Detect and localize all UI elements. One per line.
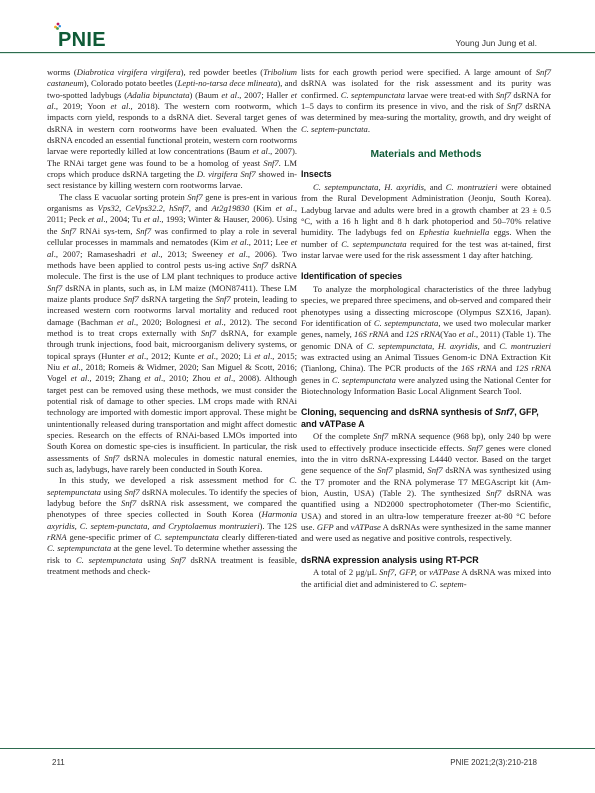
italic-term: C. septempunctata (76, 555, 143, 565)
italic-term: Snf7 (536, 67, 551, 77)
italic-term: Snf7 (121, 498, 136, 508)
italic-term: C. septempunctata (341, 239, 406, 249)
italic-term: Snf7 (136, 226, 151, 236)
italic-term: C. septempunctata (332, 375, 396, 385)
italic-term: et al (117, 317, 134, 327)
paragraph: worms (Diabrotica virgifera virgifera), … (47, 67, 297, 192)
italic-term: Snf7 (467, 443, 482, 453)
italic-term: et al (198, 351, 214, 361)
italic-term: C. septempunctata (154, 532, 219, 542)
italic-term: Snf7 (253, 260, 268, 270)
italic-term: et al (253, 146, 268, 156)
italic-term: Snf7 (187, 192, 202, 202)
italic-term: vATPase (429, 567, 459, 577)
left-column: worms (Diabrotica virgifera virgifera), … (47, 67, 297, 577)
italic-term: et al (88, 214, 103, 224)
italic-term: C. septempunctata (374, 318, 438, 328)
header-rule-shadow (0, 53, 595, 54)
italic-term: Lepti-no-tarsa dece mlineata (178, 78, 278, 88)
italic-term: Snf7 (104, 453, 119, 463)
italic-term: Snf7 (201, 328, 216, 338)
italic-term: Snf7 (507, 101, 522, 111)
italic-term: 16S rRNA (354, 329, 389, 339)
subsection-heading: Cloning, sequencing and dsRNA synthesis … (301, 407, 551, 430)
italic-term: Snf7 (215, 294, 230, 304)
footer-rule (0, 748, 595, 749)
italic-term: et al (276, 203, 293, 213)
italic-term: C. septempunctata (47, 543, 111, 553)
running-head: Young Jun Jung et al. (456, 38, 537, 48)
italic-term: et al (221, 90, 237, 100)
italic-term: C. septem-punctata (301, 124, 368, 134)
italic-term: Snf7 (427, 465, 442, 475)
paragraph: lists for each growth period were specif… (301, 67, 551, 135)
page-number: 211 (52, 758, 65, 767)
paragraph: Of the complete Snf7 mRNA sequence (968 … (301, 431, 551, 544)
italic-term: Adalia bipunctata (127, 90, 189, 100)
italic-term: et al (71, 373, 88, 383)
italic-term: 16S rRNA (461, 363, 497, 373)
italic-term: et al (144, 373, 161, 383)
italic-term: et al (63, 362, 79, 372)
italic-term: Snf7 (47, 283, 62, 293)
italic-term: D. virgifera Snf7 (197, 169, 256, 179)
italic-term: C. septempunctata (47, 475, 297, 496)
italic-term: At2g19830 (212, 203, 250, 213)
italic-term: Snf7 (496, 90, 511, 100)
subsection-heading: dsRNA expression analysis using RT-PCR (301, 555, 551, 567)
italic-term: rRNA (47, 532, 67, 542)
paragraph: The class E vacuolar sorting protein Snf… (47, 192, 297, 476)
paragraph: In this study, we developed a risk asses… (47, 475, 297, 577)
italic-term: Snf7 (263, 158, 278, 168)
italic-term: GFP (317, 522, 334, 532)
page-header: PNIE Young Jun Jung et al. (0, 0, 595, 55)
italic-term: vATPase (351, 522, 381, 532)
italic-term: et al (128, 351, 144, 361)
italic-term: et al (205, 317, 222, 327)
italic-term: C. septempunctata (341, 90, 405, 100)
italic-term: et al (214, 373, 231, 383)
italic-term: Snf7 (486, 488, 501, 498)
italic-term: et al (231, 237, 246, 247)
italic-term: C. montruzieri (446, 182, 498, 192)
italic-term: 12S rRNA (406, 329, 441, 339)
italic-term: 12S rRNA (515, 363, 551, 373)
right-column: lists for each growth period were specif… (301, 67, 551, 590)
italic-term: C. septempunctata, H. axyridis, (367, 341, 480, 351)
italic-term: et al (47, 237, 297, 258)
italic-term: Diabrotica virgifera virgifera (77, 67, 181, 77)
italic-term: Harmonia axyridis, C. septem-punctata, a… (47, 509, 297, 530)
italic-term: et al (254, 351, 270, 361)
italic-term: C. septempunctata, H. axyridis, (313, 182, 426, 192)
italic-term: et al (228, 249, 246, 259)
paragraph: C. septempunctata, H. axyridis, and C. m… (301, 182, 551, 261)
italic-term: C. septem- (430, 579, 467, 589)
journal-citation: PNIE 2021;2(3):210-218 (450, 758, 537, 767)
italic-term: Ephestia kuehniella (419, 227, 489, 237)
paragraph: A total of 2 μg/μL Snf7, GFP, or vATPase… (301, 567, 551, 590)
section-title: Materials and Methods (301, 149, 551, 160)
italic-term: et al (140, 249, 158, 259)
italic-term: Snf7 (373, 431, 388, 441)
italic-term: Snf7 (124, 294, 139, 304)
italic-term: Snf7, GFP, (379, 567, 417, 577)
italic-term: et al (459, 329, 474, 339)
italic-term: Snf7 (377, 465, 392, 475)
italic-term: et al (110, 101, 128, 111)
heading-text: Cloning, sequencing and dsRNA synthesis … (301, 407, 495, 417)
italic-term: et al (144, 214, 159, 224)
italic-term: Snf7 (124, 487, 139, 497)
subsection-heading: Insects (301, 169, 551, 181)
subsection-heading: Identification of species (301, 271, 551, 283)
italic-term: Snf7 (61, 226, 76, 236)
heading-gene-name: Snf7 (495, 407, 514, 417)
journal-logo-text: PNIE (58, 29, 106, 51)
italic-term: C. montruzieri (499, 341, 551, 351)
italic-term: Vps32, CeVps32.2, hSnf7, (98, 203, 191, 213)
italic-term: Snf7 (171, 555, 186, 565)
paragraph: To analyze the morphological characteris… (301, 284, 551, 397)
